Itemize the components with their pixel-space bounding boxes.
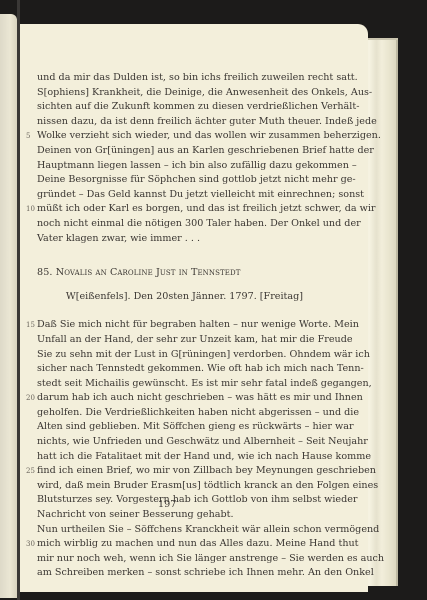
text-line: am Schreiben merken – sonst schriebe ich… bbox=[37, 566, 303, 581]
text-line: 10müßt ich oder Karl es borgen, und das … bbox=[37, 202, 303, 217]
line-text: mir nur noch weh, wenn ich Sie länger an… bbox=[37, 553, 384, 564]
text-line: Deine Besorgnisse für Söphchen sind gott… bbox=[37, 173, 303, 188]
line-text: Hauptmann liegen lassen – ich bin also z… bbox=[37, 160, 357, 171]
line-text: Sie zu sehn mit der Lust in G[rüningen] … bbox=[37, 349, 370, 360]
text-line: Alten sind geblieben. Mit Söffchen gieng… bbox=[37, 420, 303, 435]
text-line: geholfen. Die Verdrießlichkeiten haben n… bbox=[37, 406, 303, 421]
text-line: 20darum hab ich auch nicht geschrieben –… bbox=[37, 391, 303, 406]
line-text: sicher nach Tennstedt gekommen. Wie oft … bbox=[37, 363, 364, 374]
text-line: S[ophiens] Krankheit, die Deinige, die A… bbox=[37, 86, 303, 101]
letter-body: 15Daß Sie mich nicht für begraben halten… bbox=[37, 318, 303, 581]
facing-page-edge bbox=[0, 14, 17, 598]
line-text: Alten sind geblieben. Mit Söffchen gieng… bbox=[37, 421, 354, 432]
letter-title: Novalis an Caroline Just in Tennstedt bbox=[56, 267, 241, 278]
line-text: darum hab ich auch nicht geschrieben – w… bbox=[37, 392, 363, 403]
text-line: 5Wolke verzieht sich wieder, und das wol… bbox=[37, 129, 303, 144]
text-line: Nun urtheilen Sie – Söffchens Kranckheit… bbox=[37, 523, 303, 538]
text-line: 25find ich einen Brief, wo mir von Zillb… bbox=[37, 464, 303, 479]
text-line: stedt seit Michailis gewünscht. Es ist m… bbox=[37, 377, 303, 392]
line-number: 20 bbox=[26, 391, 35, 406]
text-line: hatt ich die Fatalitaet mit der Hand und… bbox=[37, 450, 303, 465]
line-text: S[ophiens] Krankheit, die Deinige, die A… bbox=[37, 87, 372, 98]
line-text: am Schreiben merken – sonst schriebe ich… bbox=[37, 567, 374, 578]
line-text: nichts, wie Unfrieden und Geschwätz und … bbox=[37, 436, 368, 447]
line-text: müßt ich oder Karl es borgen, und das is… bbox=[37, 203, 375, 214]
letter-heading: 85. Novalis an Caroline Just in Tennsted… bbox=[37, 266, 303, 281]
text-line: und da mir das Dulden ist, so bin ichs f… bbox=[37, 71, 303, 86]
text-line: nichts, wie Unfrieden und Geschwätz und … bbox=[37, 435, 303, 450]
line-number: 10 bbox=[26, 202, 35, 217]
line-text: Wolke verzieht sich wieder, und das woll… bbox=[37, 130, 381, 141]
line-number: 25 bbox=[26, 464, 35, 479]
line-text: sichten auf die Zukunft kommen zu diesen… bbox=[37, 101, 359, 112]
text-line: Hauptmann liegen lassen – ich bin also z… bbox=[37, 159, 303, 174]
text-line: sichten auf die Zukunft kommen zu diesen… bbox=[37, 100, 303, 115]
text-line: gründet – Das Geld kannst Du jetzt viell… bbox=[37, 188, 303, 203]
line-text: und da mir das Dulden ist, so bin ichs f… bbox=[37, 72, 358, 83]
line-number: 30 bbox=[26, 537, 35, 552]
line-number: 15 bbox=[26, 318, 35, 333]
letter-dateline: W[eißenfels]. Den 20sten Jänner. 1797. [… bbox=[37, 290, 303, 305]
text-line: nissen dazu, da ist denn freilich ächter… bbox=[37, 115, 303, 130]
line-text: Blutsturzes sey. Vorgestern hab ich Gott… bbox=[37, 494, 358, 505]
line-text: Daß Sie mich nicht für begraben halten –… bbox=[37, 319, 359, 330]
text-line: Vater klagen zwar, wie immer . . . bbox=[37, 232, 303, 247]
line-text: Nachricht von seiner Besserung gehabt. bbox=[37, 509, 234, 520]
line-text: geholfen. Die Verdrießlichkeiten haben n… bbox=[37, 407, 359, 418]
text-line: noch nicht einmal die nötigen 300 Taler … bbox=[37, 217, 303, 232]
line-text: Unfall an der Hand, der sehr zur Unzeit … bbox=[37, 334, 353, 345]
line-text: hatt ich die Fatalitaet mit der Hand und… bbox=[37, 451, 371, 462]
text-line: Nachricht von seiner Besserung gehabt. bbox=[37, 508, 303, 523]
text-line: Sie zu sehn mit der Lust in G[rüningen] … bbox=[37, 348, 303, 363]
text-line: wird, daß mein Bruder Erasm[us] tödtlich… bbox=[37, 479, 303, 494]
line-text: wird, daß mein Bruder Erasm[us] tödtlich… bbox=[37, 480, 378, 491]
line-number: 5 bbox=[26, 129, 30, 144]
line-text: Deinen von Gr[üningen] aus an Karlen ges… bbox=[37, 145, 374, 156]
letter-number: 85. bbox=[37, 267, 53, 278]
line-text: noch nicht einmal die nötigen 300 Taler … bbox=[37, 218, 361, 229]
line-text: mich wirblig zu machen und nun das Alles… bbox=[37, 538, 359, 549]
line-text: gründet – Das Geld kannst Du jetzt viell… bbox=[37, 189, 364, 200]
text-line: Deinen von Gr[üningen] aus an Karlen ges… bbox=[37, 144, 303, 159]
text-line: 30mich wirblig zu machen und nun das All… bbox=[37, 537, 303, 552]
text-line: Unfall an der Hand, der sehr zur Unzeit … bbox=[37, 333, 303, 348]
page-number: 197 bbox=[158, 499, 176, 510]
line-text: stedt seit Michailis gewünscht. Es ist m… bbox=[37, 378, 372, 389]
line-text: Nun urtheilen Sie – Söffchens Kranckheit… bbox=[37, 524, 379, 535]
text-line: 15Daß Sie mich nicht für begraben halten… bbox=[37, 318, 303, 333]
line-text: Deine Besorgnisse für Söphchen sind gott… bbox=[37, 174, 356, 185]
letter-continuation: und da mir das Dulden ist, so bin ichs f… bbox=[37, 71, 303, 246]
line-text: nissen dazu, da ist denn freilich ächter… bbox=[37, 116, 377, 127]
line-text: Vater klagen zwar, wie immer . . . bbox=[37, 233, 200, 244]
text-line: mir nur noch weh, wenn ich Sie länger an… bbox=[37, 552, 303, 567]
line-text: find ich einen Brief, wo mir von Zillbac… bbox=[37, 465, 376, 476]
text-line: sicher nach Tennstedt gekommen. Wie oft … bbox=[37, 362, 303, 377]
